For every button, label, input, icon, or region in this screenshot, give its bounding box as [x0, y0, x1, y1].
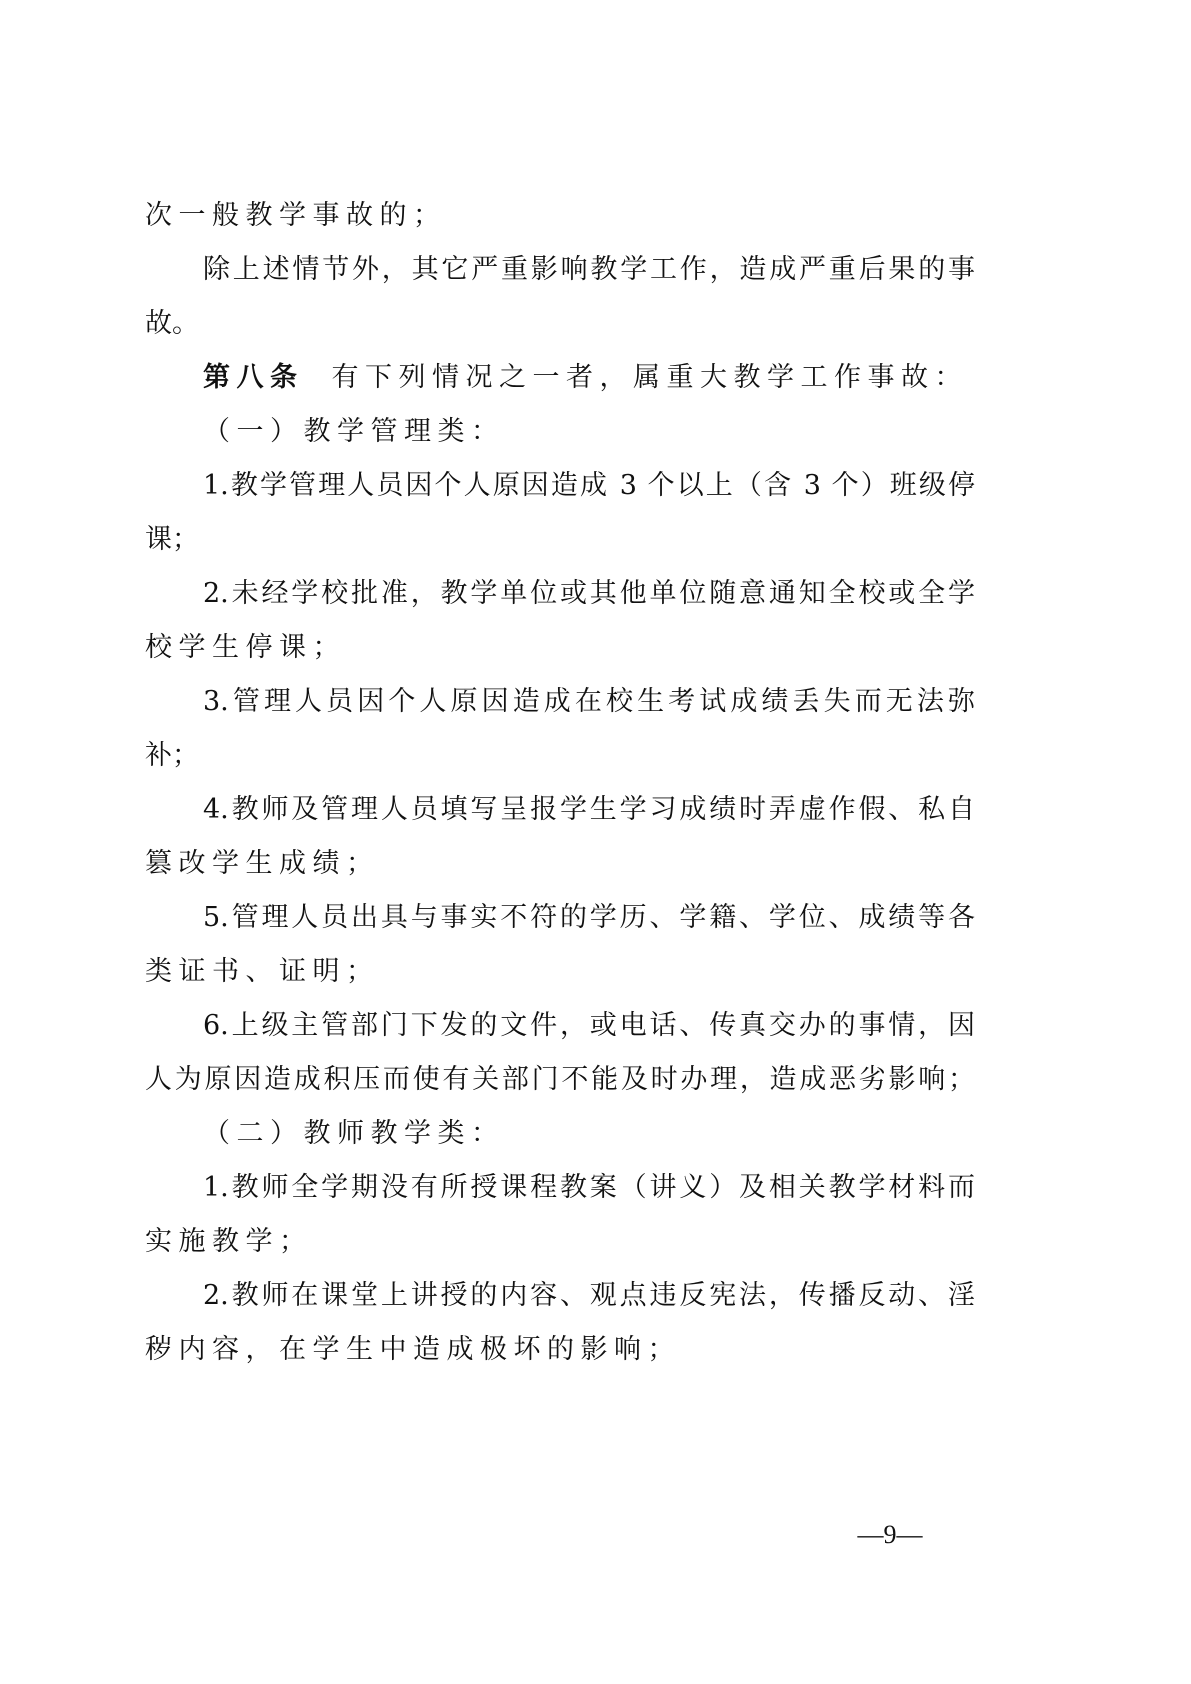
text-line: 实施教学； [145, 1215, 975, 1269]
document-page: 次一般教学事故的； 除上述情节外，其它严重影响教学工作，造成严重后果的事 故。 … [0, 0, 1191, 1684]
article-number: 第八条 [203, 362, 304, 393]
section-heading: （二）教师教学类： [203, 1107, 975, 1161]
text-line: 补； [145, 729, 975, 783]
list-item: 3.管理人员因个人原因造成在校生考试成绩丢失而无法弥 [203, 675, 975, 729]
text-line: 课； [145, 513, 975, 567]
section-heading: （一）教学管理类： [203, 405, 975, 459]
list-item: 5.管理人员出具与事实不符的学历、学籍、学位、成绩等各 [203, 891, 975, 945]
article-heading-line: 第八条有下列情况之一者，属重大教学工作事故： [203, 351, 975, 405]
text-line: 故。 [145, 297, 975, 351]
article-text: 有下列情况之一者，属重大教学工作事故： [332, 362, 969, 393]
list-item: 1.教师全学期没有所授课程教案（讲义）及相关教学材料而 [203, 1161, 975, 1215]
text-line: 除上述情节外，其它严重影响教学工作，造成严重后果的事 [203, 243, 975, 297]
text-line: 类证书、证明； [145, 945, 975, 999]
page-number: —9— [835, 1518, 945, 1552]
text-line: 篡改学生成绩； [145, 837, 975, 891]
text-line: 人为原因造成积压而使有关部门不能及时办理，造成恶劣影响； [145, 1053, 975, 1107]
text-line: 校学生停课； [145, 621, 975, 675]
text-line: 次一般教学事故的； [145, 189, 975, 243]
list-item: 2.教师在课堂上讲授的内容、观点违反宪法，传播反动、淫 [203, 1269, 975, 1323]
list-item: 6.上级主管部门下发的文件，或电话、传真交办的事情，因 [203, 999, 975, 1053]
text-line: 秽内容，在学生中造成极坏的影响； [145, 1323, 975, 1377]
list-item: 1.教学管理人员因个人原因造成 3 个以上（含 3 个）班级停 [203, 459, 975, 513]
list-item: 2.未经学校批准，教学单位或其他单位随意通知全校或全学 [203, 567, 975, 621]
list-item: 4.教师及管理人员填写呈报学生学习成绩时弄虚作假、私自 [203, 783, 975, 837]
